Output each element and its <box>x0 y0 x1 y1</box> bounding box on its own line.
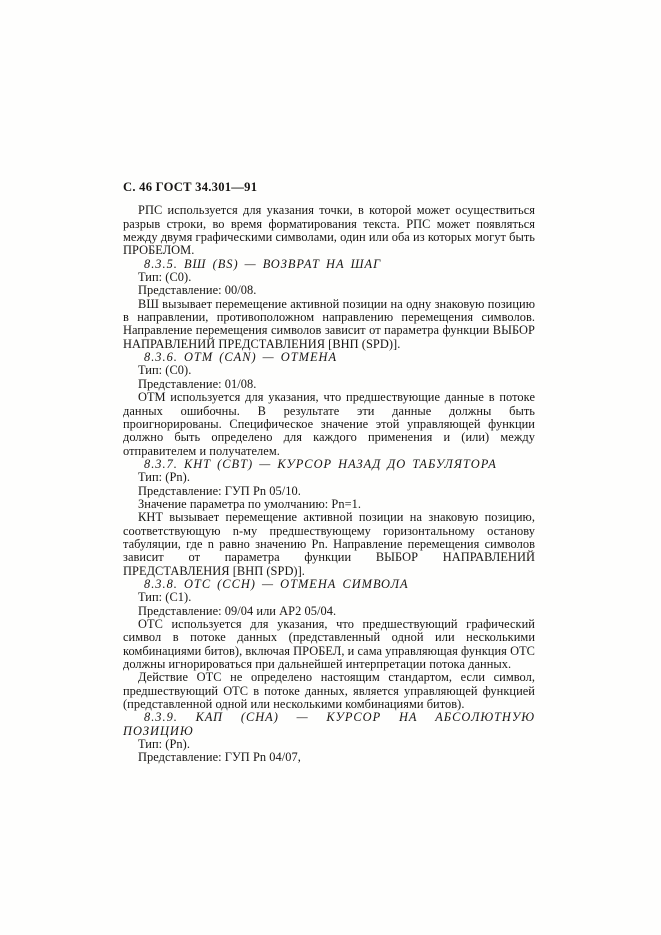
representation-line-cha: Представление: ГУП Pn 04/07, <box>123 751 535 764</box>
text-column: С. 46 ГОСТ 34.301—91 РПС используется дл… <box>123 181 535 765</box>
heading-8-3-9-cha: 8.3.9. КАП (CHA) — КУРСОР НА АБСОЛЮТНУЮ … <box>123 711 535 738</box>
paragraph-rps-intro: РПС используется для указания точки, в к… <box>123 204 535 257</box>
default-parameter-line-cbt: Значение параметра по умолчанию: Pn=1. <box>123 498 535 511</box>
heading-8-3-7-cbt: 8.3.7. КНТ (CBT) — КУРСОР НАЗАД ДО ТАБУЛ… <box>123 458 535 471</box>
type-line-cch: Тип: (C1). <box>123 591 535 604</box>
representation-line-cch: Представление: 09/04 или АР2 05/04. <box>123 605 535 618</box>
representation-line-can: Представление: 01/08. <box>123 378 535 391</box>
type-line-bs: Тип: (C0). <box>123 271 535 284</box>
paragraph-cch-effect: Действие ОТС не определено настоящим ста… <box>123 671 535 711</box>
heading-8-3-6-can: 8.3.6. ОТМ (CAN) — ОТМЕНА <box>123 351 535 364</box>
paragraph-cch-description: ОТС используется для указания, что предш… <box>123 618 535 671</box>
heading-8-3-8-cch: 8.3.8. ОТС (CCH) — ОТМЕНА СИМВОЛА <box>123 578 535 591</box>
type-line-cha: Тип: (Pn). <box>123 738 535 751</box>
heading-8-3-5-bs: 8.3.5. ВШ (BS) — ВОЗВРАТ НА ШАГ <box>123 258 535 271</box>
document-page: С. 46 ГОСТ 34.301—91 РПС используется дл… <box>0 0 661 935</box>
paragraph-cbt-description: КНТ вызывает перемещение активной позици… <box>123 511 535 578</box>
type-line-cbt: Тип: (Pn). <box>123 471 535 484</box>
representation-line-cbt: Представление: ГУП Pn 05/10. <box>123 485 535 498</box>
type-line-can: Тип: (C0). <box>123 364 535 377</box>
paragraph-bs-description: ВШ вызывает перемещение активной позиции… <box>123 298 535 351</box>
representation-line-bs: Представление: 00/08. <box>123 284 535 297</box>
running-header: С. 46 ГОСТ 34.301—91 <box>123 181 535 194</box>
paragraph-can-description: ОТМ используется для указания, что предш… <box>123 391 535 458</box>
